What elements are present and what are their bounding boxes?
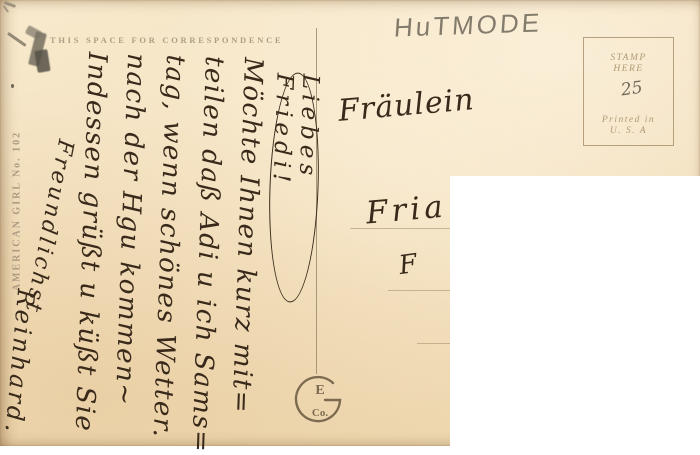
message-body: Möchte Ihnen kurz mit= teilen daß Adi u …: [63, 51, 272, 446]
stamp-box: STAMP HERE 25 Printed in U. S. A: [583, 37, 674, 146]
stamp-here-line2: HERE: [610, 64, 646, 75]
logo-letter-top: E: [315, 383, 324, 398]
address-salutation: Fräulein: [337, 82, 476, 129]
salutation-circled: Liebes Friedi!: [266, 72, 323, 304]
pencil-annotation: HuTMODE: [393, 7, 543, 43]
correspondence-space-label: THIS SPACE FOR CORRESPONDENCE: [50, 35, 283, 45]
pencil-number: 25: [620, 83, 643, 97]
postcard-back: THIS SPACE FOR CORRESPONDENCE AMERICAN G…: [0, 0, 700, 446]
printed-in-line: Printed in: [602, 115, 655, 126]
address-name-partial: Fria: [365, 189, 449, 232]
address-line-rule: [417, 343, 450, 344]
signature: Reinhard.: [0, 288, 40, 437]
address-stroke-fragment: F: [397, 249, 419, 281]
stamp-here-line1: STAMP: [610, 53, 646, 64]
pencil-dot: [11, 84, 14, 88]
white-overlay: [450, 176, 700, 446]
pencil-smudge: [22, 28, 60, 78]
usa-line: U. S. A: [602, 126, 655, 137]
address-line-rule: [388, 290, 450, 291]
pencil-corner-mark: [3, 5, 9, 13]
smudge-stroke: [34, 49, 50, 73]
publisher-series-imprint: AMERICAN GIRL No. 102: [12, 131, 23, 291]
logo-letter-bottom: Co.: [312, 407, 328, 419]
publisher-logo: E Co.: [292, 372, 348, 428]
